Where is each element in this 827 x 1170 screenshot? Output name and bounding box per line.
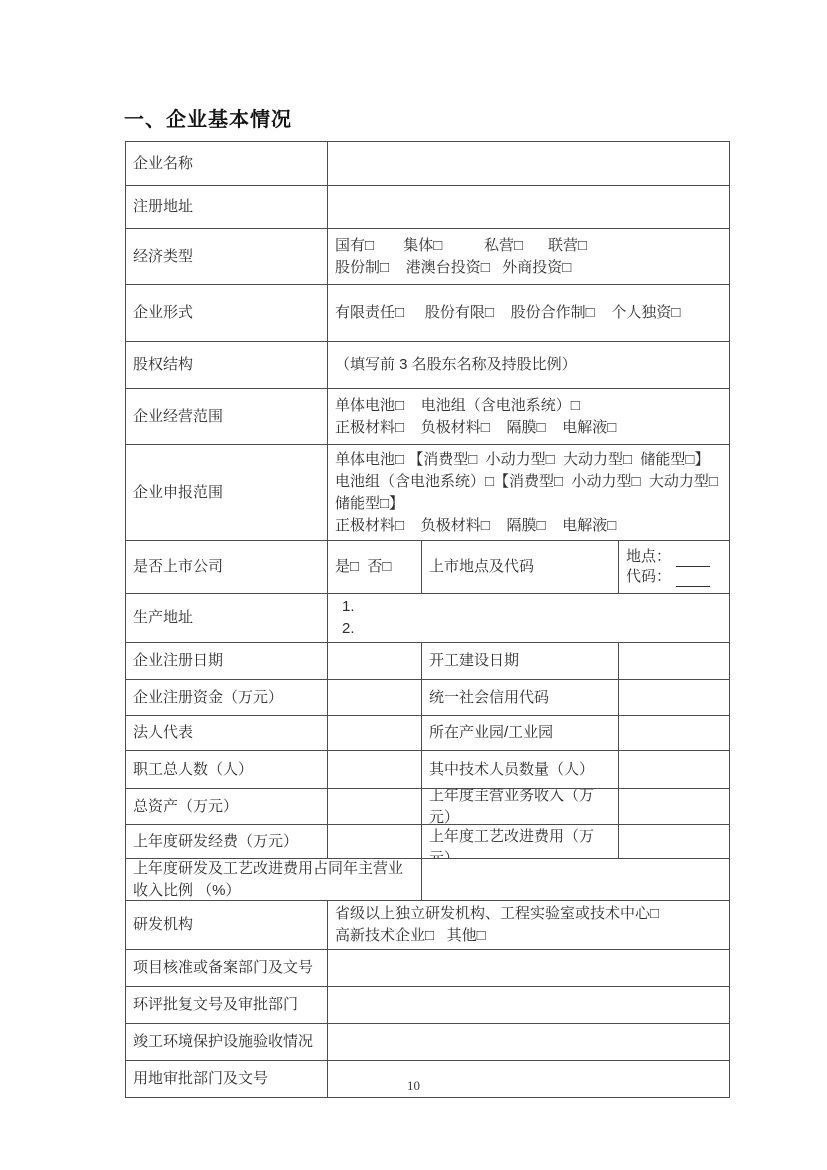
label-industrial-park: 所在产业园/工业园 — [422, 716, 619, 750]
label-legal-representative: 法人代表 — [126, 716, 328, 750]
value-economic-type-options: 国有□ 集体□ 私营□ 联营□ 股份制□ 港澳台投资□ 外商投资□ — [328, 229, 729, 284]
value-registered-address — [328, 186, 729, 228]
label-construction-start-date: 开工建设日期 — [422, 643, 619, 679]
label-registered-capital: 企业注册资金（万元） — [126, 680, 328, 715]
label-equity-structure: 股权结构 — [126, 342, 328, 388]
value-listed-yes-no: 是□ 否□ — [328, 541, 422, 593]
value-main-business-revenue — [619, 789, 729, 824]
label-registration-date: 企业注册日期 — [126, 643, 328, 679]
label-economic-type: 经济类型 — [126, 229, 328, 284]
value-industrial-park — [619, 716, 729, 750]
label-rnd-institution: 研发机构 — [126, 901, 328, 949]
value-rnd-expense — [328, 825, 422, 858]
row-registration-date: 企业注册日期 开工建设日期 — [126, 643, 729, 680]
value-total-assets — [328, 789, 422, 824]
row-rnd-ratio: 上年度研发及工艺改进费用占同年主营业收入比例 （%） — [126, 859, 729, 901]
label-technical-staff-count: 其中技术人员数量（人） — [422, 751, 619, 788]
value-credit-code — [619, 680, 729, 715]
value-registered-capital — [328, 680, 422, 715]
value-company-name — [328, 142, 729, 185]
label-environmental-acceptance: 竣工环境保护设施验收情况 — [126, 1024, 328, 1060]
label-main-business-revenue: 上年度主营业务收入（万元） — [422, 789, 619, 824]
label-total-employees: 职工总人数（人） — [126, 751, 328, 788]
row-total-employees: 职工总人数（人） 其中技术人员数量（人） — [126, 751, 729, 789]
value-rnd-institution-options: 省级以上独立研发机构、工程实验室或技术中心□ 高新技术企业□ 其他□ — [328, 901, 729, 949]
value-rnd-ratio — [422, 859, 729, 900]
row-registered-capital: 企业注册资金（万元） 统一社会信用代码 — [126, 680, 729, 716]
row-business-scope: 企业经营范围 单体电池□ 电池组（含电池系统）□ 正极材料□ 负极材料□ 隔膜□… — [126, 389, 729, 445]
label-rnd-ratio: 上年度研发及工艺改进费用占同年主营业收入比例 （%） — [126, 859, 422, 900]
label-credit-code: 统一社会信用代码 — [422, 680, 619, 715]
row-equity-structure: 股权结构 （填写前 3 名股东名称及持股比例） — [126, 342, 729, 389]
label-enterprise-form: 企业形式 — [126, 285, 328, 341]
value-eia-approval — [328, 987, 729, 1023]
value-enterprise-form-options: 有限责任□ 股份有限□ 股份合作制□ 个人独资□ — [328, 285, 729, 341]
label-project-approval: 项目核准或备案部门及文号 — [126, 950, 328, 986]
row-economic-type: 经济类型 国有□ 集体□ 私营□ 联营□ 股份制□ 港澳台投资□ 外商投资□ — [126, 229, 729, 285]
enterprise-info-table: 企业名称 注册地址 经济类型 国有□ 集体□ 私营□ 联营□ 股份制□ 港澳台投… — [125, 141, 730, 1098]
listing-code-line: 代码： — [626, 567, 710, 587]
section-title: 一、企业基本情况 — [124, 103, 292, 132]
row-environmental-acceptance: 竣工环境保护设施验收情况 — [126, 1024, 729, 1061]
row-rnd-institution: 研发机构 省级以上独立研发机构、工程实验室或技术中心□ 高新技术企业□ 其他□ — [126, 901, 729, 950]
value-technical-staff-count — [619, 751, 729, 788]
row-rnd-expense: 上年度研发经费（万元） 上年度工艺改进费用（万元） — [126, 825, 729, 859]
value-project-approval — [328, 950, 729, 986]
label-company-name: 企业名称 — [126, 142, 328, 185]
label-declaration-scope: 企业申报范围 — [126, 445, 328, 540]
document-page: 一、企业基本情况 企业名称 注册地址 经济类型 国有□ 集体□ 私营□ 联营□ … — [0, 0, 827, 1170]
label-rnd-expense: 上年度研发经费（万元） — [126, 825, 328, 858]
row-declaration-scope: 企业申报范围 单体电池□ 【消费型□ 小动力型□ 大动力型□ 储能型□】 电池组… — [126, 445, 729, 541]
row-enterprise-form: 企业形式 有限责任□ 股份有限□ 股份合作制□ 个人独资□ — [126, 285, 729, 342]
listing-code-label: 代码： — [626, 567, 671, 587]
label-listing-place-code: 上市地点及代码 — [422, 541, 619, 593]
row-registered-address: 注册地址 — [126, 186, 729, 229]
row-company-name: 企业名称 — [126, 142, 729, 186]
label-registered-address: 注册地址 — [126, 186, 328, 228]
listing-location-label: 地点： — [626, 547, 671, 567]
row-eia-approval: 环评批复文号及审批部门 — [126, 987, 729, 1024]
label-process-improvement-expense: 上年度工艺改进费用（万元） — [422, 825, 619, 858]
value-production-address: 1. 2. — [328, 594, 729, 642]
value-legal-representative — [328, 716, 422, 750]
value-declaration-scope-options: 单体电池□ 【消费型□ 小动力型□ 大动力型□ 储能型□】 电池组（含电池系统）… — [328, 445, 729, 540]
label-production-address: 生产地址 — [126, 594, 328, 642]
value-process-improvement-expense — [619, 825, 729, 858]
row-project-approval: 项目核准或备案部门及文号 — [126, 950, 729, 987]
value-environmental-acceptance — [328, 1024, 729, 1060]
row-legal-representative: 法人代表 所在产业园/工业园 — [126, 716, 729, 751]
value-total-employees — [328, 751, 422, 788]
value-business-scope-options: 单体电池□ 电池组（含电池系统）□ 正极材料□ 负极材料□ 隔膜□ 电解液□ — [328, 389, 729, 444]
label-business-scope: 企业经营范围 — [126, 389, 328, 444]
label-listed-company: 是否上市公司 — [126, 541, 328, 593]
page-number: 10 — [0, 1078, 827, 1094]
label-eia-approval: 环评批复文号及审批部门 — [126, 987, 328, 1023]
value-construction-start-date — [619, 643, 729, 679]
row-production-address: 生产地址 1. 2. — [126, 594, 729, 643]
listing-location-line: 地点： — [626, 547, 710, 567]
value-registration-date — [328, 643, 422, 679]
value-listing-place-code: 地点： 代码： — [619, 541, 729, 593]
label-total-assets: 总资产（万元） — [126, 789, 328, 824]
row-listed-company: 是否上市公司 是□ 否□ 上市地点及代码 地点： 代码： — [126, 541, 729, 594]
code-blank-line — [676, 572, 710, 587]
location-blank-line — [676, 552, 710, 567]
row-total-assets: 总资产（万元） 上年度主营业务收入（万元） — [126, 789, 729, 825]
value-equity-structure: （填写前 3 名股东名称及持股比例） — [328, 342, 729, 388]
